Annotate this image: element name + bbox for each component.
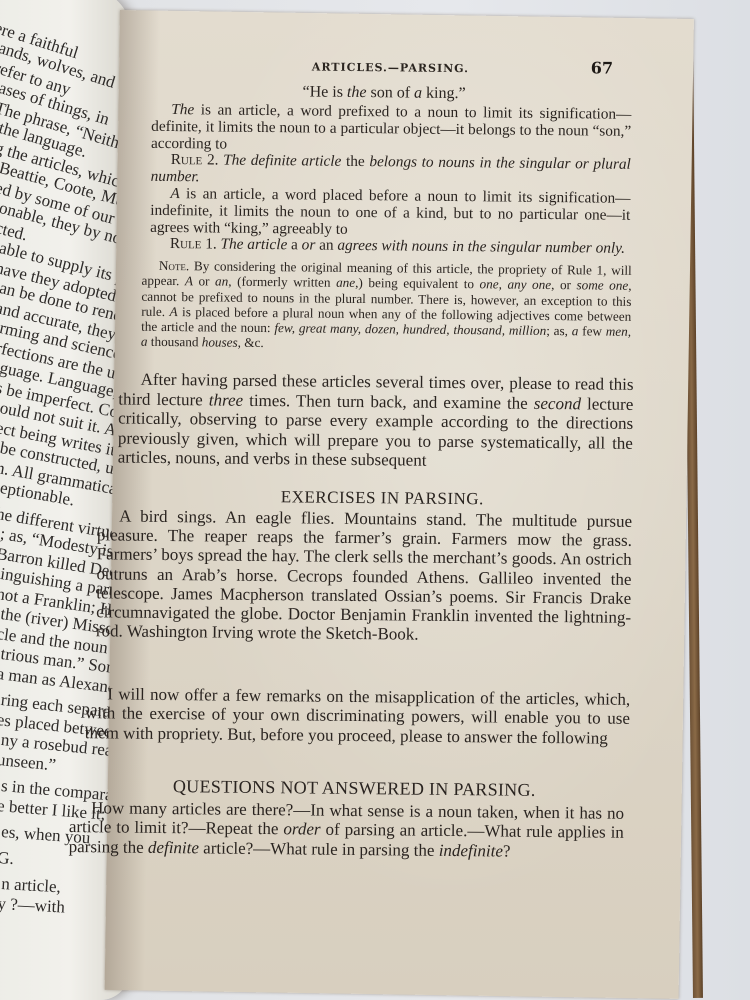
article-explanations: The is an article, a word prefixed to a … xyxy=(150,102,632,258)
left-page-text-fragment: y ?—with xyxy=(0,894,65,918)
questions-paragraph: How many articles are there?—In what sen… xyxy=(69,798,625,862)
a-explanation: A is an article, a word placed before a … xyxy=(150,186,631,241)
page-number: 67 xyxy=(591,58,613,77)
exercises-paragraph: A bird sings. An eagle flies. Mountains … xyxy=(96,506,632,646)
remarks-paragraph: I will now offer a few remarks on the mi… xyxy=(85,684,631,748)
note-paragraph: Note. By considering the original meanin… xyxy=(141,258,632,355)
instructions-paragraph: After having parsed these articles sever… xyxy=(118,370,634,473)
book-page: ARTICLES.—PARSING. 67 “He is the son of … xyxy=(105,10,694,999)
questions-heading: QUESTIONS NOT ANSWERED IN PARSING. xyxy=(79,775,629,802)
left-page-text-fragment: unseen.” xyxy=(0,750,57,775)
left-page-text-fragment: G. xyxy=(0,848,14,869)
running-head: ARTICLES.—PARSING. xyxy=(312,61,469,76)
rule-1: Rule 1. The article a or an agrees with … xyxy=(150,236,630,258)
the-explanation: The is an article, a word prefixed to a … xyxy=(151,102,632,157)
